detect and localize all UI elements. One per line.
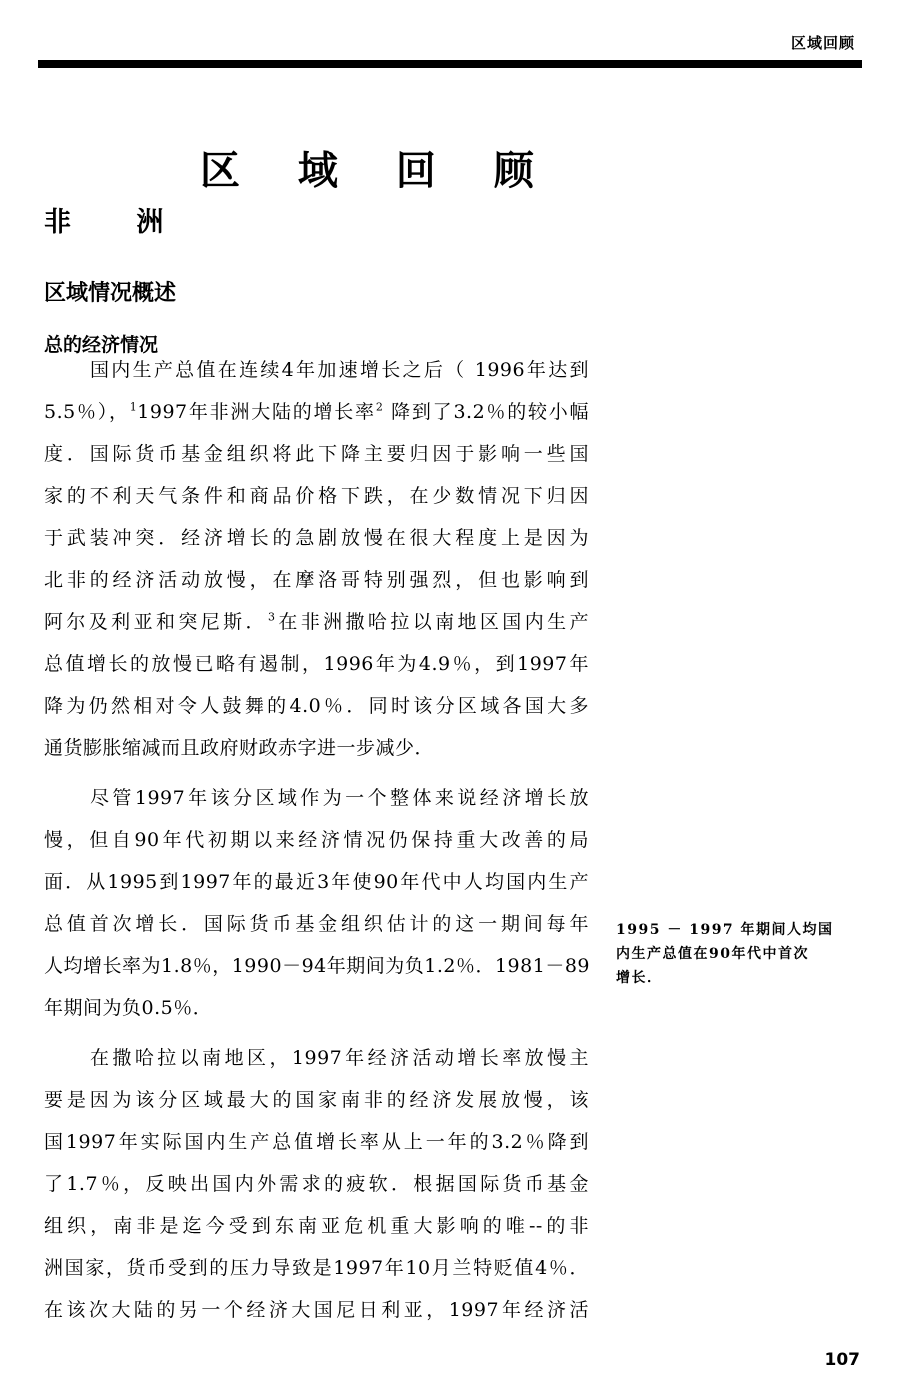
text-line: 组织，南非是迄今受到东南亚危机重大影响的唯--的非	[44, 1211, 589, 1241]
page-title: 区 域 回 顾	[200, 139, 556, 196]
text-line: 阿尔及利亚和突尼斯．3在非洲撒哈拉以南地区国内生产	[44, 607, 589, 637]
text-span: 在非洲撒哈拉以南地区国内生产	[275, 611, 589, 633]
margin-note: 1995 － 1997 年期间人均国 内生产总值在90年代中首次 增长．	[616, 918, 852, 990]
running-head: 区域回顾	[791, 32, 855, 53]
text-span: 1997年非洲大陆的增长率	[137, 401, 376, 423]
text-line: 通货膨胀缩减而且政府财政赤字进一步减少．	[44, 733, 589, 763]
header-rule	[38, 60, 862, 68]
text-line: 在该次大陆的另一个经济大国尼日利亚，1997年经济活	[44, 1295, 589, 1325]
text-line: 5.5％），11997年非洲大陆的增长率2 降到了3.2％的较小幅	[44, 397, 589, 427]
region-title: 非 洲	[44, 200, 191, 239]
section-heading: 区域情况概述	[44, 276, 176, 307]
text-line: 在撒哈拉以南地区，1997年经济活动增长率放慢主	[90, 1043, 589, 1073]
text-line: 于武装冲突．经济增长的急剧放慢在很大程度上是因为	[44, 523, 589, 553]
text-line: 国内生产总值在连续4年加速增长之后（ 1996年达到	[90, 355, 589, 385]
text-line: 慢，但自90年代初期以来经济情况仍保持重大改善的局	[44, 825, 589, 855]
text-line: 人均增长率为1.8％，1990－94年期间为负1.2％．1981－89	[44, 951, 589, 981]
text-line: 度．国际货币基金组织将此下降主要归因于影响一些国	[44, 439, 589, 469]
margin-note-line: 内生产总值在90年代中首次	[616, 942, 852, 966]
subsection-heading: 总的经济情况	[44, 330, 158, 357]
text-span: 5.5％），	[44, 401, 130, 423]
text-span: 降到了3.2％的较小幅	[383, 401, 589, 423]
text-line: 面．从1995到1997年的最近3年使90年代中人均国内生产	[44, 867, 589, 897]
text-line: 总值增长的放慢已略有遏制，1996年为4.9％，到1997年	[44, 649, 589, 679]
text-line: 北非的经济活动放慢，在摩洛哥特别强烈，但也影响到	[44, 565, 589, 595]
text-span: 阿尔及利亚和突尼斯．	[44, 611, 268, 633]
text-line: 家的不利天气条件和商品价格下跌，在少数情况下归因	[44, 481, 589, 511]
text-line: 了1.7％，反映出国内外需求的疲软．根据国际货币基金	[44, 1169, 589, 1199]
page-number: 107	[825, 1350, 861, 1370]
text-line: 国1997年实际国内生产总值增长率从上一年的3.2％降到	[44, 1127, 589, 1157]
margin-note-line: 增长．	[616, 966, 852, 990]
text-line: 总值首次增长．国际货币基金组织估计的这一期间每年	[44, 909, 589, 939]
text-line: 尽管1997年该分区域作为一个整体来说经济增长放	[90, 783, 589, 813]
text-line: 要是因为该分区域最大的国家南非的经济发展放慢，该	[44, 1085, 589, 1115]
text-line: 洲国家，货币受到的压力导致是1997年10月兰特贬值4％．	[44, 1253, 589, 1283]
margin-note-line: 1995 － 1997 年期间人均国	[616, 918, 852, 942]
text-line: 年期间为负0.5％．	[44, 993, 589, 1023]
text-line: 降为仍然相对令人鼓舞的4.0％．同时该分区域各国大多	[44, 691, 589, 721]
